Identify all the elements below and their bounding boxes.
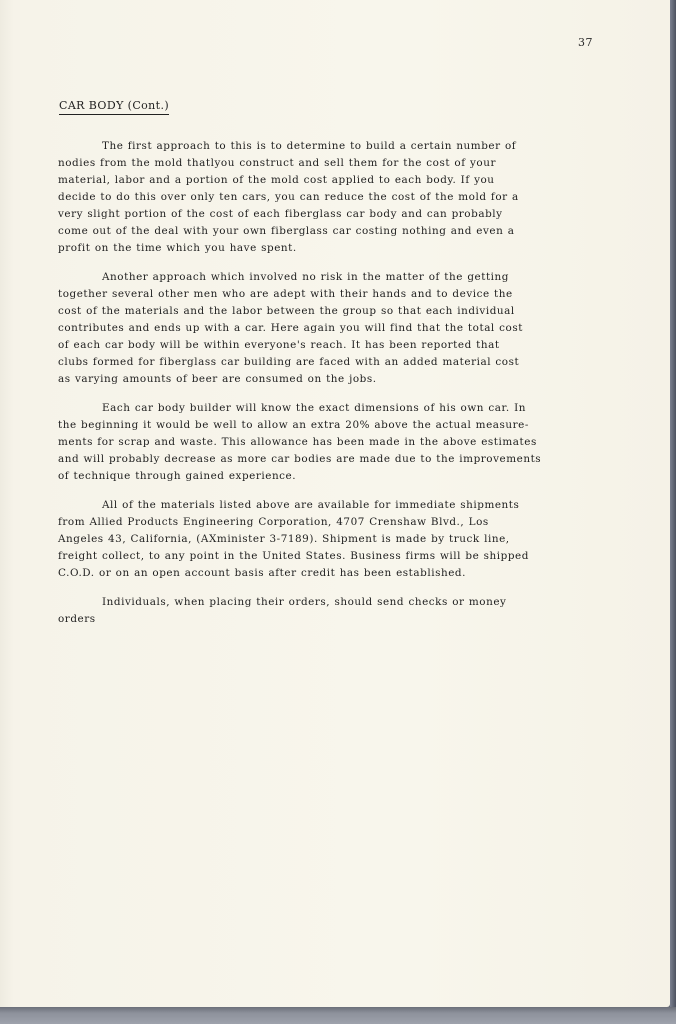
section-title: CAR BODY (Cont.): [59, 99, 169, 115]
page-number: 37: [578, 36, 593, 49]
text-line: and will probably decrease as more car b…: [58, 451, 666, 468]
text-line: ments for scrap and waste. This allowanc…: [58, 434, 666, 451]
text-line: clubs formed for fiberglass car building…: [58, 354, 666, 371]
page-bottom-edge: [0, 1007, 676, 1024]
body-text: The first approach to this is to determi…: [58, 138, 666, 640]
text-line: decide to do this over only ten cars, yo…: [58, 189, 666, 206]
text-line: come out of the deal with your own fiber…: [58, 223, 666, 240]
text-line: profit on the time which you have spent.: [58, 240, 666, 257]
text-line: material, labor and a portion of the mol…: [58, 172, 666, 189]
text-line: the beginning it would be well to allow …: [58, 417, 666, 434]
page-right-edge: [670, 0, 676, 1024]
text-line: Individuals, when placing their orders, …: [58, 594, 666, 611]
text-line: C.O.D. or on an open account basis after…: [58, 565, 666, 582]
text-line: Angeles 43, California, (AXminister 3-71…: [58, 531, 666, 548]
text-line: as varying amounts of beer are consumed …: [58, 371, 666, 388]
paragraph-first-approach: The first approach to this is to determi…: [58, 138, 666, 257]
text-line: cost of the materials and the labor betw…: [58, 303, 666, 320]
text-line: Each car body builder will know the exac…: [58, 400, 666, 417]
text-line: freight collect, to any point in the Uni…: [58, 548, 666, 565]
text-line: All of the materials listed above are av…: [58, 497, 666, 514]
text-line: of technique through gained experience.: [58, 468, 666, 485]
text-line: contributes and ends up with a car. Here…: [58, 320, 666, 337]
text-line: orders: [58, 611, 666, 628]
paragraph-individual-orders: Individuals, when placing their orders, …: [58, 594, 666, 628]
text-line: from Allied Products Engineering Corpora…: [58, 514, 666, 531]
paragraph-another-approach: Another approach which involved no risk …: [58, 269, 666, 388]
text-line: The first approach to this is to determi…: [58, 138, 666, 155]
text-line: nodies from the mold thatlyou construct …: [58, 155, 666, 172]
paragraph-materials-availability: All of the materials listed above are av…: [58, 497, 666, 582]
text-line: very slight portion of the cost of each …: [58, 206, 666, 223]
text-line: together several other men who are adept…: [58, 286, 666, 303]
scanned-page: 37 CAR BODY (Cont.) The first approach t…: [0, 0, 670, 1007]
paragraph-dimensions: Each car body builder will know the exac…: [58, 400, 666, 485]
text-line: of each car body will be within everyone…: [58, 337, 666, 354]
text-line: Another approach which involved no risk …: [58, 269, 666, 286]
